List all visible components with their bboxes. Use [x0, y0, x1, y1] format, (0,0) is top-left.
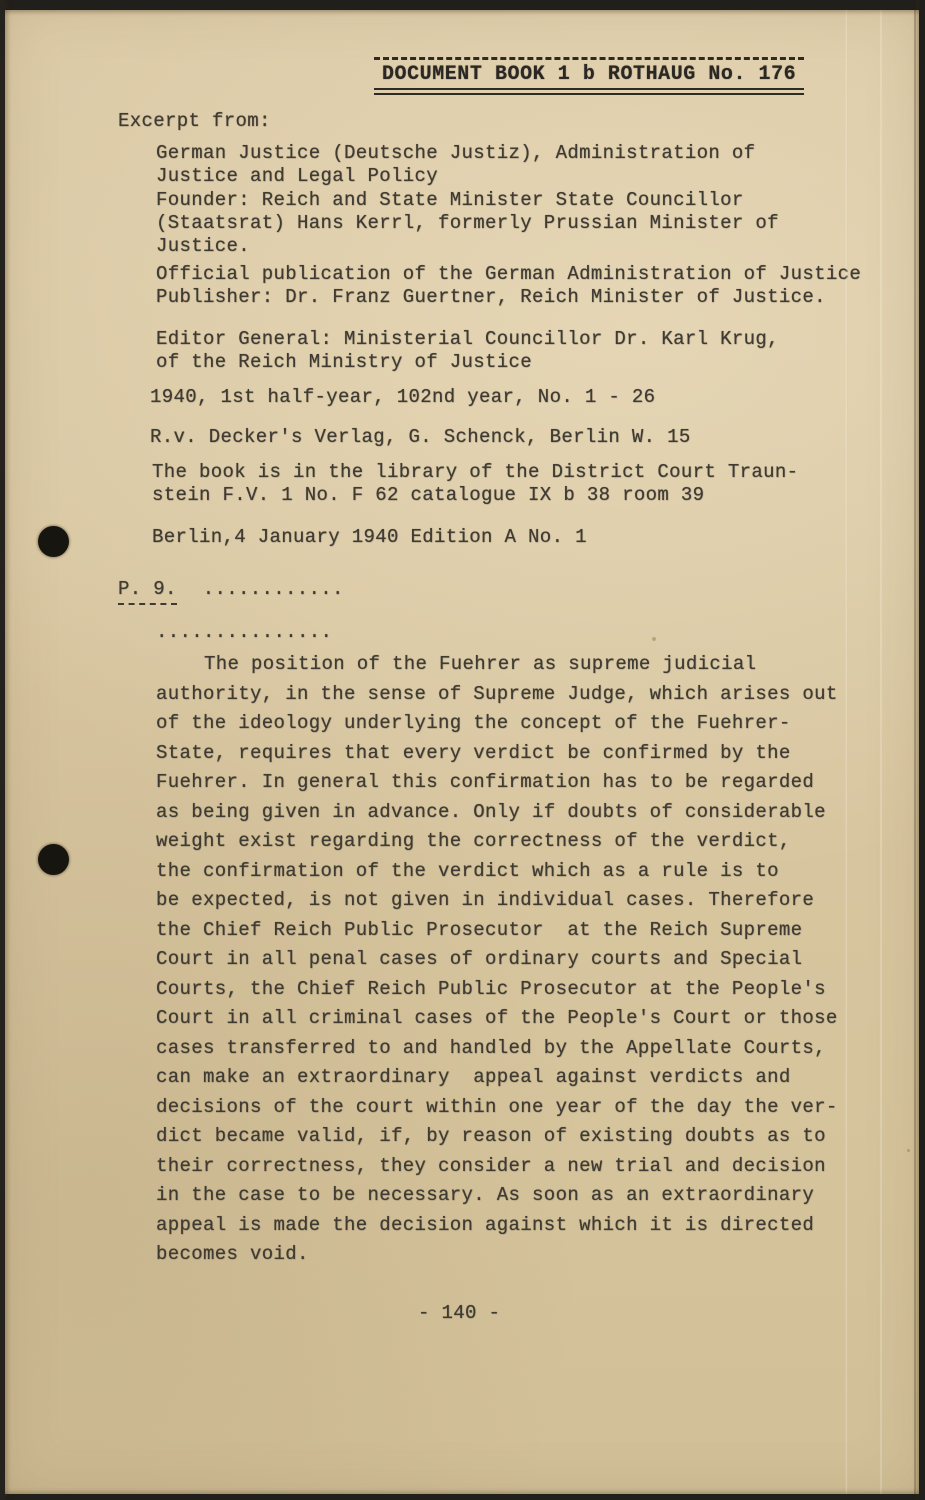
page-reference-row: P. 9.............	[118, 578, 344, 605]
text-line: cases transferred to and handled by the …	[156, 1034, 866, 1064]
text-line: appeal is made the decision against whic…	[156, 1211, 866, 1241]
text-line: be expected, is not given in individual …	[156, 886, 866, 916]
text-line: Official publication of the German Admin…	[156, 263, 861, 286]
text-line: Justice.	[156, 235, 779, 258]
scan-edge-right	[919, 0, 925, 1500]
body-paragraph: The position of the Fuehrer as supreme j…	[156, 650, 866, 1270]
text-line: Editor General: Ministerial Councillor D…	[156, 328, 779, 351]
text-line: of the ideology underlying the concept o…	[156, 709, 866, 739]
year-issue-line: 1940, 1st half-year, 102nd year, No. 1 -…	[150, 386, 655, 409]
text-line: Court in all criminal cases of the Peopl…	[156, 1004, 866, 1034]
text-line: the Chief Reich Public Prosecutor at the…	[156, 916, 866, 946]
text-line: Justice and Legal Policy	[156, 165, 779, 188]
text-line: Courts, the Chief Reich Public Prosecuto…	[156, 975, 866, 1005]
text-line: stein F.V. 1 No. F 62 catalogue IX b 38 …	[152, 484, 798, 507]
text-line: The book is in the library of the Distri…	[152, 461, 798, 484]
text-line: Fuehrer. In general this confirmation ha…	[156, 768, 866, 798]
text-line: of the Reich Ministry of Justice	[156, 351, 779, 374]
library-location-block: The book is in the library of the Distri…	[152, 461, 798, 508]
excerpt-from-label: Excerpt from:	[118, 110, 271, 133]
paper-speck	[907, 1149, 910, 1152]
source-citation-block: German Justice (Deutsche Justiz), Admini…	[156, 142, 779, 258]
text-line: the confirmation of the verdict which as…	[156, 857, 866, 887]
scan-edge-bottom	[0, 1494, 925, 1500]
official-publication-block: Official publication of the German Admin…	[156, 263, 861, 310]
document-book-stamp: DOCUMENT BOOK 1 b ROTHAUG No. 176	[374, 57, 804, 95]
scanned-document-page: DOCUMENT BOOK 1 b ROTHAUG No. 176 Excerp…	[0, 0, 925, 1500]
text-line: Publisher: Dr. Franz Guertner, Reich Min…	[156, 286, 861, 309]
scan-edge-top	[0, 0, 925, 10]
text-line: German Justice (Deutsche Justiz), Admini…	[156, 142, 779, 165]
berlin-date-line: Berlin,4 January 1940 Edition A No. 1	[152, 526, 587, 549]
text-line: (Staatsrat) Hans Kerrl, formerly Prussia…	[156, 212, 779, 235]
page-9-reference: P. 9.	[118, 578, 177, 605]
text-line: decisions of the court within one year o…	[156, 1093, 866, 1123]
scan-edge-left	[0, 0, 5, 1500]
text-line: authority, in the sense of Supreme Judge…	[156, 680, 866, 710]
paper-speck	[652, 637, 656, 641]
publisher-line: R.v. Decker's Verlag, G. Schenck, Berlin…	[150, 426, 691, 449]
text-line: Founder: Reich and State Minister State …	[156, 189, 779, 212]
text-line: can make an extraordinary appeal against…	[156, 1063, 866, 1093]
text-line: dict became valid, if, by reason of exis…	[156, 1122, 866, 1152]
text-line: in the case to be necessary. As soon as …	[156, 1181, 866, 1211]
ellipsis-dots-line: ...............	[156, 621, 332, 644]
text-line: their correctness, they consider a new t…	[156, 1152, 866, 1182]
text-line: Court in all penal cases of ordinary cou…	[156, 945, 866, 975]
text-line: becomes void.	[156, 1240, 866, 1270]
text-line: as being given in advance. Only if doubt…	[156, 798, 866, 828]
hole-punch-top	[38, 526, 69, 557]
text-line: weight exist regarding the correctness o…	[156, 827, 866, 857]
text-line: The position of the Fuehrer as supreme j…	[156, 650, 866, 680]
editor-general-block: Editor General: Ministerial Councillor D…	[156, 328, 779, 375]
paper-edge-shadow	[914, 0, 916, 1500]
ellipsis-dots: ............	[203, 578, 344, 601]
paper-crease	[880, 0, 882, 1500]
page-number: - 140 -	[418, 1302, 500, 1325]
text-line: State, requires that every verdict be co…	[156, 739, 866, 769]
hole-punch-bottom	[38, 844, 69, 875]
paper-crease	[845, 0, 848, 1500]
